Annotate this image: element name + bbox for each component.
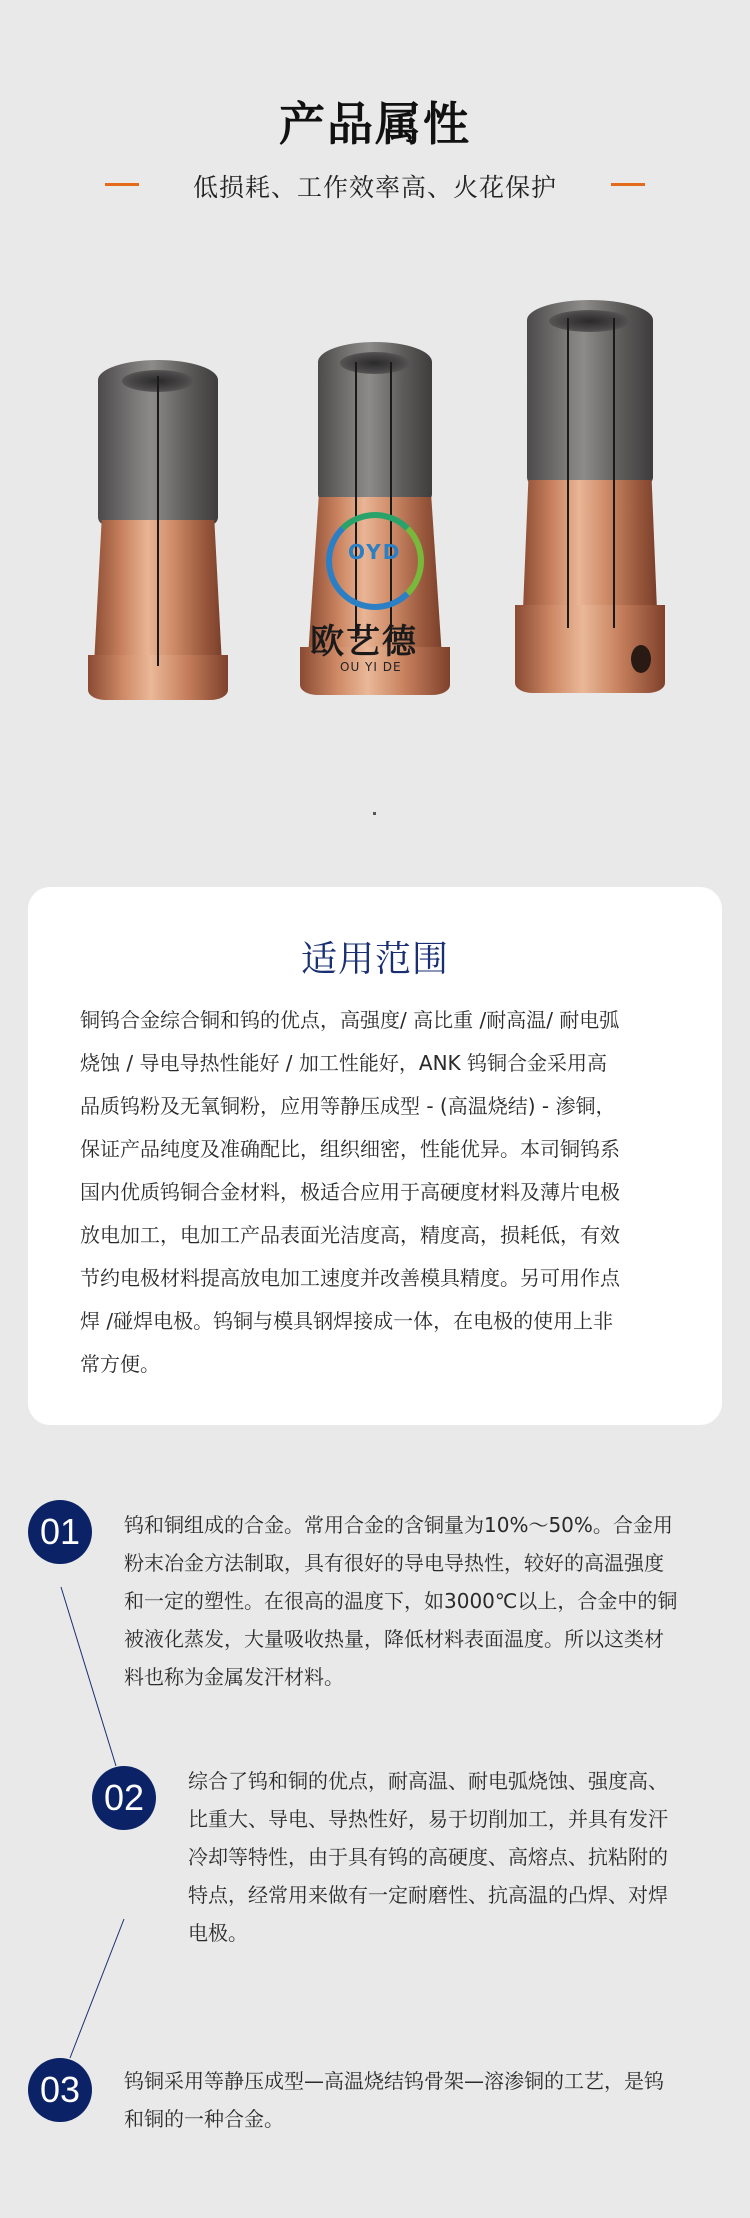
step-text-02: 综合了钨和铜的优点，耐高温、耐电弧烧蚀、强度高、 比重大、导电、导热性好，易于切… [188, 1762, 728, 1952]
step-text-01: 钨和铜组成的合金。常用合金的含铜量为10%～50%。合金用 粉末冶金方法制取，具… [124, 1506, 724, 1696]
step-badge-03: 03 [28, 2058, 92, 2122]
step-badge-01: 01 [28, 1500, 92, 1564]
step-badge-02: 02 [92, 1766, 156, 1830]
step-text-03: 钨铜采用等静压成型—高温烧结钨骨架—溶渗铜的工艺，是钨 和铜的一种合金。 [124, 2062, 724, 2138]
